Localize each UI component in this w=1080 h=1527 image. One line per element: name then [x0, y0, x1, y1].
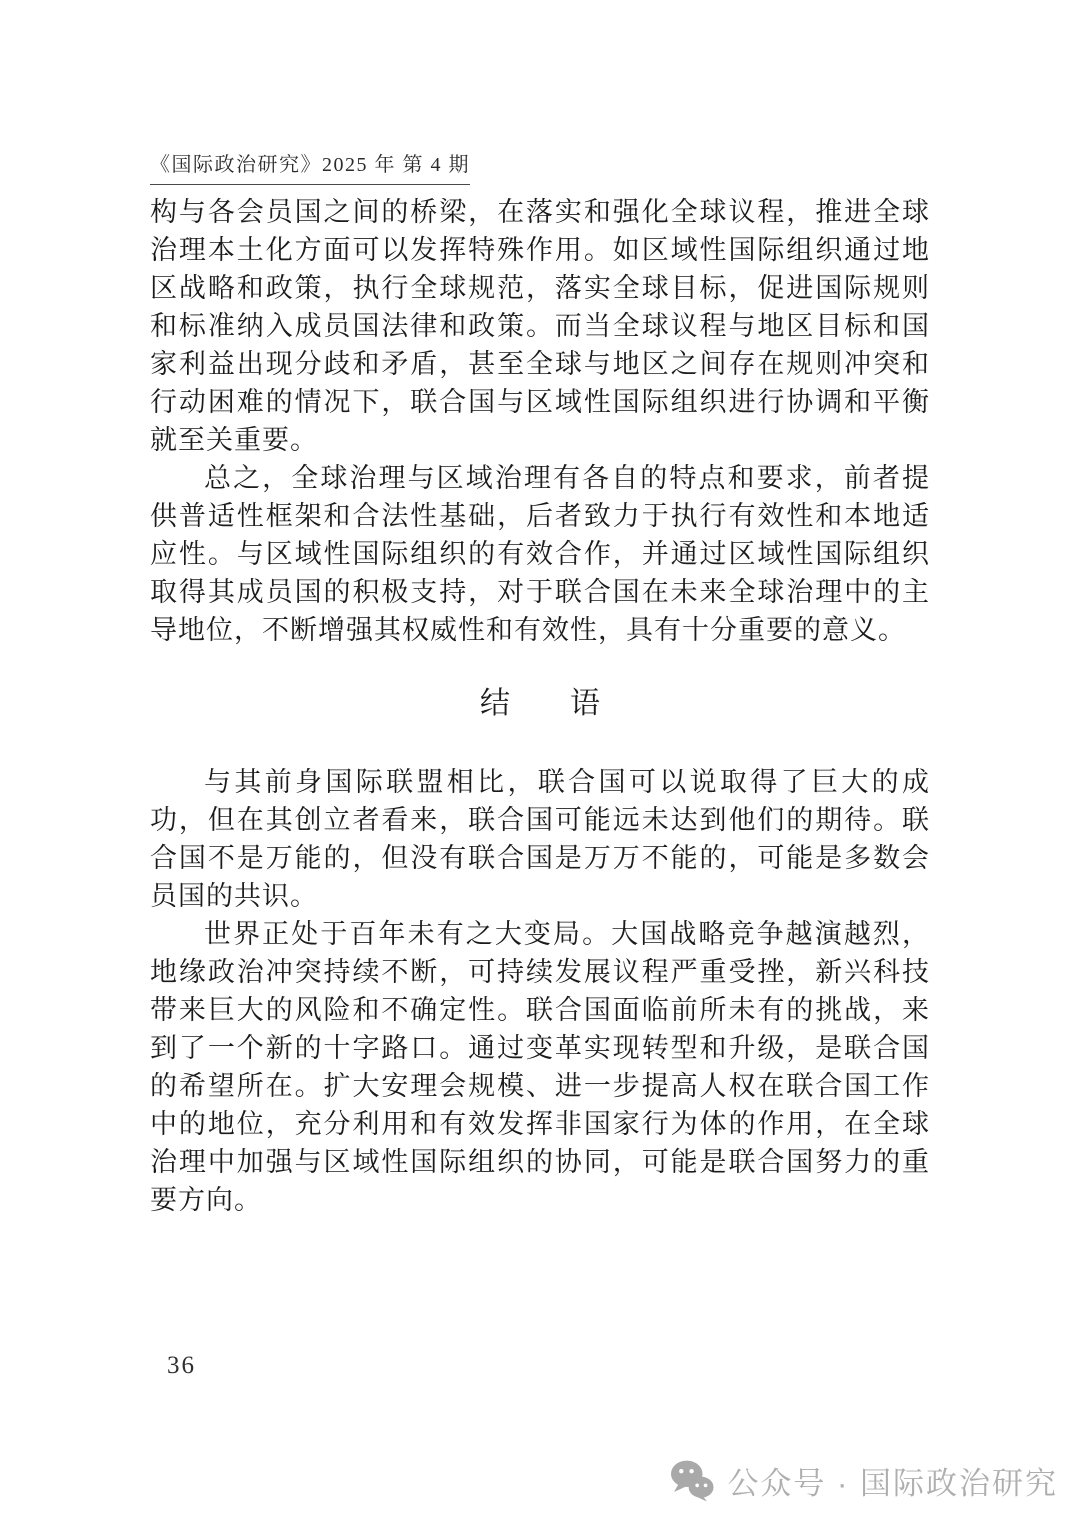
paragraph: 总之，全球治理与区域治理有各自的特点和要求，前者提供普适性框架和合法性基础，后者… [150, 459, 930, 649]
wechat-watermark: 公众号 · 国际政治研究 [669, 1458, 1058, 1503]
paragraph: 世界正处于百年未有之大变局。大国战略竞争越演越烈，地缘政治冲突持续不断，可持续发… [150, 915, 930, 1219]
watermark-text: 公众号 · 国际政治研究 [727, 1458, 1058, 1503]
paragraph: 构与各会员国之间的桥梁，在落实和强化全球议程，推进全球治理本土化方面可以发挥特殊… [150, 193, 930, 459]
page-number: 36 [167, 1352, 196, 1380]
wechat-icon [669, 1459, 715, 1502]
article-body: 构与各会员国之间的桥梁，在落实和强化全球议程，推进全球治理本土化方面可以发挥特殊… [150, 193, 930, 1219]
paragraph: 与其前身国际联盟相比，联合国可以说取得了巨大的成功，但在其创立者看来，联合国可能… [150, 763, 930, 915]
section-heading-conclusion: 结 语 [150, 683, 930, 725]
journal-header: 《国际政治研究》2025 年 第 4 期 [150, 148, 470, 185]
journal-page: 《国际政治研究》2025 年 第 4 期 构与各会员国之间的桥梁，在落实和强化全… [0, 0, 1080, 1527]
